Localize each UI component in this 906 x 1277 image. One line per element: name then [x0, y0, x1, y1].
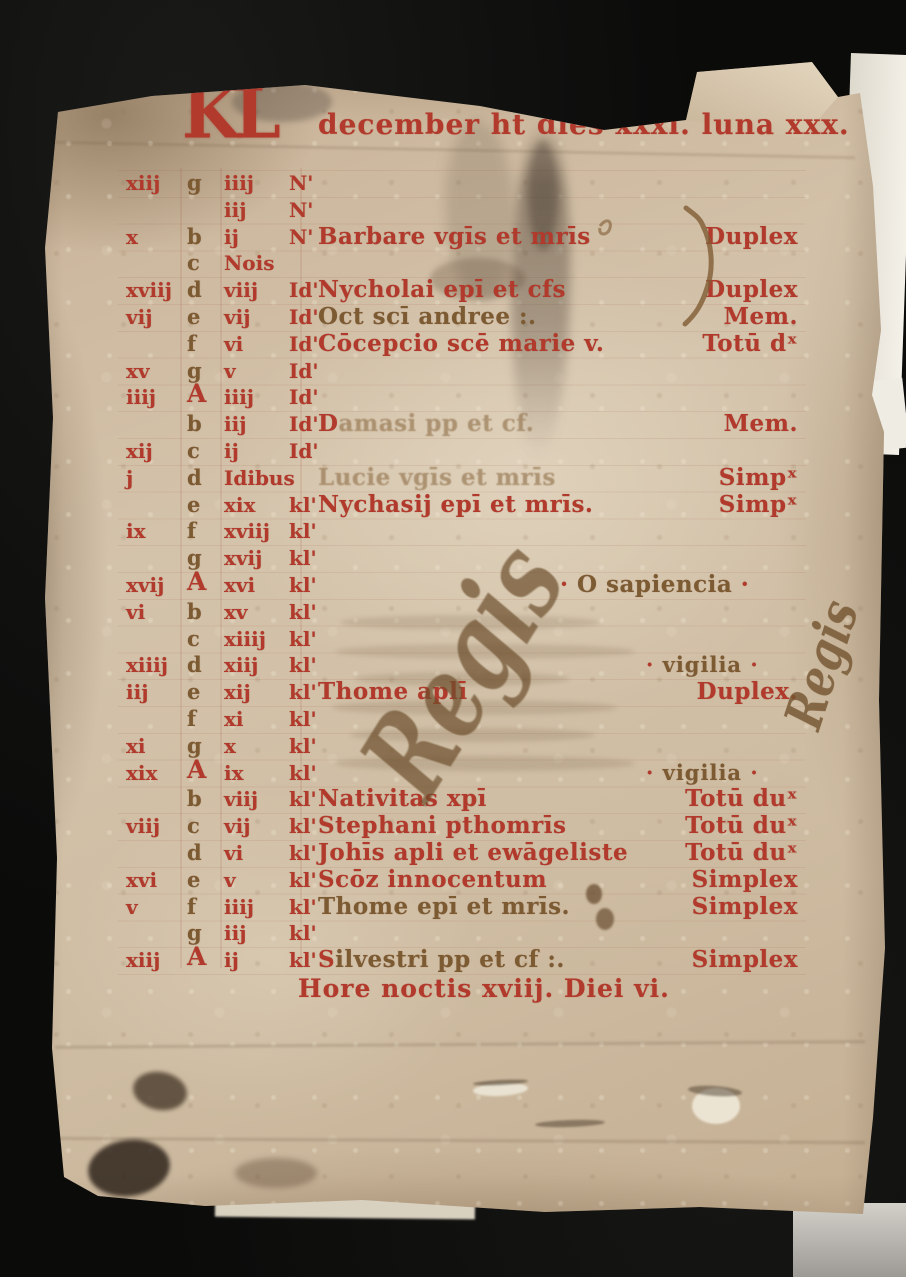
- day-marker: kl': [289, 920, 317, 946]
- day-numeral: vi: [224, 331, 243, 357]
- rank-label: Totū duˣ: [630, 813, 798, 839]
- calendar-row: vijevijId'Oct scī andree :.Mem.: [0, 304, 820, 331]
- day-marker: kl': [289, 572, 317, 598]
- feast-name-segment: amasi pp et cf.: [338, 410, 534, 437]
- calendar-row: giijkl': [0, 920, 820, 947]
- feast-name: Oct scī andree :.: [318, 304, 536, 330]
- calendar-row: viijcvijkl'Stephani pthomrīsTotū duˣ: [0, 813, 820, 840]
- kl-monogram: KL: [182, 78, 276, 148]
- vigil-note-segment: ·: [646, 760, 663, 785]
- day-marker: kl': [289, 492, 317, 518]
- feast-name-segment: ·: [732, 571, 749, 598]
- dominical-letter: f: [187, 518, 196, 544]
- day-marker: Id': [289, 277, 318, 303]
- dominical-letter: d: [187, 465, 202, 491]
- faint-stain: [235, 1158, 317, 1188]
- day-marker: Id': [289, 411, 318, 437]
- day-numeral: ij: [224, 947, 239, 973]
- rank-label: Duplex.: [630, 679, 798, 705]
- day-marker: Id': [289, 438, 318, 464]
- golden-number: v: [126, 894, 138, 920]
- calendar-row: iiijAiiijId': [0, 384, 820, 411]
- calendar-row: biijId'Damasi pp et cf.Mem.: [0, 411, 820, 438]
- golden-number: x: [126, 224, 138, 250]
- dominical-letter: A: [187, 757, 206, 783]
- day-numeral: xvij: [224, 545, 262, 571]
- day-numeral: iij: [224, 197, 246, 223]
- calendar-row: xbijN'Barbare vgīs et mrīsDuplex: [0, 224, 820, 251]
- day-marker: N': [289, 197, 313, 223]
- day-marker: N': [289, 224, 313, 250]
- calendar-row: ixfxviijkl': [0, 518, 820, 545]
- golden-number: xi: [126, 733, 146, 759]
- calendar-row: cNois: [0, 250, 820, 277]
- day-marker: kl': [289, 679, 317, 705]
- dominical-letter: c: [187, 813, 200, 839]
- dominical-letter: c: [187, 626, 200, 652]
- dominical-letter: g: [187, 170, 202, 196]
- day-numeral: xviij: [224, 518, 270, 544]
- dominical-letter: b: [187, 786, 202, 812]
- day-numeral: xi: [224, 706, 244, 732]
- day-marker: kl': [289, 545, 317, 571]
- day-numeral: vij: [224, 304, 250, 330]
- dark-stain: [85, 1135, 174, 1202]
- day-marker: Id': [289, 304, 318, 330]
- dominical-letter: d: [187, 652, 202, 678]
- day-numeral: viij: [224, 786, 258, 812]
- golden-number: xvij: [126, 572, 164, 598]
- golden-number: xvi: [126, 867, 157, 893]
- calendar-row: xvievkl'Scōz innocentumSimplex: [0, 867, 820, 894]
- day-marker: Id': [289, 331, 318, 357]
- rank-label: Simplex: [630, 867, 798, 893]
- golden-number: xix: [126, 760, 157, 786]
- dominical-letter: A: [187, 381, 206, 407]
- feast-name-segment: ilvestri pp et cf :.: [335, 946, 565, 973]
- feast-name: Nychasij epī et mrīs.: [318, 492, 593, 518]
- feast-name-segment: S: [318, 946, 335, 973]
- day-numeral: ix: [224, 760, 244, 786]
- calendar-row: fviId'Cōcepcio scē marie v.Totū dˣ: [0, 331, 820, 358]
- calendar-row: xijcijId': [0, 438, 820, 465]
- vigil-note-segment: ·: [646, 652, 663, 677]
- dominical-letter: b: [187, 599, 202, 625]
- feast-name: Lucie vgīs et mrīs: [318, 465, 556, 491]
- calendar-row: vibxvkl': [0, 599, 820, 626]
- day-numeral: xix: [224, 492, 255, 518]
- feast-name: Johīs apli et ewāgeliste: [318, 840, 628, 866]
- calendar-row: jdIdibusLucie vgīs et mrīsSimpˣ: [0, 465, 820, 492]
- day-marker: kl': [289, 760, 317, 786]
- golden-number: vij: [126, 304, 152, 330]
- tear-line: [535, 1119, 605, 1128]
- rank-label: Duplex: [630, 224, 798, 250]
- rank-label: Totū duˣ: [630, 786, 798, 812]
- dominical-letter: b: [187, 411, 202, 437]
- manuscript-photo: KL december ht̄ dies xxxi. luna xxx. xii…: [0, 0, 906, 1277]
- golden-number: xij: [126, 438, 153, 464]
- golden-number: iij: [126, 679, 148, 705]
- feast-name: Damasi pp et cf.: [318, 411, 534, 437]
- dominical-letter: b: [187, 224, 202, 250]
- vigil-note-segment: ·: [742, 652, 759, 677]
- rank-label: Mem.: [630, 411, 798, 437]
- dominical-letter: f: [187, 894, 196, 920]
- day-marker: kl': [289, 599, 317, 625]
- day-numeral: viij: [224, 277, 258, 303]
- dominical-letter: e: [187, 867, 200, 893]
- dominical-letter: e: [187, 304, 200, 330]
- calendar-row: xvgvId': [0, 358, 820, 385]
- golden-number: iiij: [126, 384, 156, 410]
- calendar-row: xiijAijkl'Silvestri pp et cf :.Simplex: [0, 947, 820, 974]
- day-marker: kl': [289, 947, 317, 973]
- day-numeral: iiij: [224, 384, 254, 410]
- day-numeral: vij: [224, 813, 250, 839]
- calendar-row: xviijdviijId'Nycholai epī et cfsDuplex: [0, 277, 820, 304]
- day-marker: kl': [289, 840, 317, 866]
- calendar-row: exixkl'Nychasij epī et mrīs.Simpˣ: [0, 492, 820, 519]
- dominical-letter: e: [187, 679, 200, 705]
- day-numeral: ij: [224, 438, 239, 464]
- rank-label: Simpˣ: [630, 492, 798, 518]
- calendar-row: vfiiijkl'Thome epī et mrīs.Simplex: [0, 894, 820, 921]
- dominical-letter: c: [187, 438, 200, 464]
- day-marker: kl': [289, 867, 317, 893]
- feast-name: Thome epī et mrīs.: [318, 894, 570, 920]
- dominical-letter: A: [187, 569, 206, 595]
- day-numeral: xvi: [224, 572, 255, 598]
- rank-label: Totū duˣ: [630, 840, 798, 866]
- calendar-row: gxvijkl': [0, 545, 820, 572]
- golden-number: xviij: [126, 277, 172, 303]
- day-marker: kl': [289, 652, 317, 678]
- rank-label: Simplex: [630, 947, 798, 973]
- golden-number: ix: [126, 518, 146, 544]
- parchment-page: KL december ht̄ dies xxxi. luna xxx. xii…: [0, 0, 906, 1277]
- vigil-note: · vigilia ·: [646, 652, 759, 678]
- day-numeral: ij: [224, 224, 239, 250]
- vigil-note-segment: vigilia: [663, 652, 742, 677]
- calendar-row: xvijAxvikl'· O sapiencia ·: [0, 572, 820, 599]
- feast-name-segment: D: [318, 410, 338, 437]
- day-numeral: xiij: [224, 652, 258, 678]
- day-numeral: iiij: [224, 170, 254, 196]
- calendar-row: dvikl'Johīs apli et ewāgelisteTotū duˣ: [0, 840, 820, 867]
- vigil-note: · vigilia ·: [646, 760, 759, 786]
- day-marker: kl': [289, 518, 317, 544]
- feast-name-segment: O sapiencia: [577, 571, 732, 598]
- day-numeral: xij: [224, 679, 251, 705]
- golden-number: xiij: [126, 170, 160, 196]
- golden-number: j: [126, 465, 133, 491]
- day-numeral: iij: [224, 920, 246, 946]
- day-marker: kl': [289, 733, 317, 759]
- day-marker: kl': [289, 813, 317, 839]
- feast-name: Scōz innocentum: [318, 867, 547, 893]
- day-marker: kl': [289, 786, 317, 812]
- day-numeral: v: [224, 358, 236, 384]
- day-marker: Id': [289, 358, 318, 384]
- day-marker: N': [289, 170, 313, 196]
- dominical-letter: d: [187, 840, 202, 866]
- day-numeral: iij: [224, 411, 246, 437]
- day-numeral: Idibus: [224, 465, 295, 491]
- calendar-row: xiijgiiijN': [0, 170, 820, 197]
- golden-number: viij: [126, 813, 160, 839]
- rank-label: Simpˣ: [630, 465, 798, 491]
- day-marker: kl': [289, 706, 317, 732]
- underleaf-corner-bottom-right: [793, 1203, 906, 1277]
- feast-name: Nycholai epī et cfs: [318, 277, 566, 303]
- feast-name: Barbare vgīs et mrīs: [318, 224, 591, 250]
- day-numeral: iiij: [224, 894, 254, 920]
- day-numeral: vi: [224, 840, 243, 866]
- dominical-letter: A: [187, 944, 206, 970]
- golden-number: vi: [126, 599, 145, 625]
- day-numeral: x: [224, 733, 236, 759]
- rank-label: Simplex: [630, 894, 798, 920]
- vigil-note-segment: ·: [742, 760, 759, 785]
- hours-line: Hore noctis xviij. Diei vi.: [298, 974, 670, 1003]
- dominical-letter: e: [187, 492, 200, 518]
- vigil-note-segment: vigilia: [663, 760, 742, 785]
- day-numeral: v: [224, 867, 236, 893]
- day-numeral: Nois: [224, 250, 274, 276]
- rank-label: Totū dˣ: [630, 331, 798, 357]
- dominical-letter: d: [187, 277, 202, 303]
- rank-label: Mem.: [630, 304, 798, 330]
- day-marker: kl': [289, 894, 317, 920]
- day-numeral: xiiij: [224, 626, 266, 652]
- dominical-letter: f: [187, 331, 196, 357]
- dominical-letter: c: [187, 250, 200, 276]
- feast-name: Cōcepcio scē marie v.: [318, 331, 604, 357]
- golden-number: xiij: [126, 947, 160, 973]
- feast-name: Silvestri pp et cf :.: [318, 947, 565, 973]
- golden-number: xiiij: [126, 652, 168, 678]
- dominical-letter: f: [187, 706, 196, 732]
- month-heading: december ht̄ dies xxxi. luna xxx.: [318, 108, 850, 141]
- day-marker: kl': [289, 626, 317, 652]
- day-numeral: xv: [224, 599, 248, 625]
- day-marker: Id': [289, 384, 318, 410]
- rank-label: Duplex: [630, 277, 798, 303]
- dark-stain: [130, 1068, 190, 1115]
- calendar-row: iijN': [0, 197, 820, 224]
- golden-number: xv: [126, 358, 150, 384]
- feast-name: Stephani pthomrīs: [318, 813, 566, 839]
